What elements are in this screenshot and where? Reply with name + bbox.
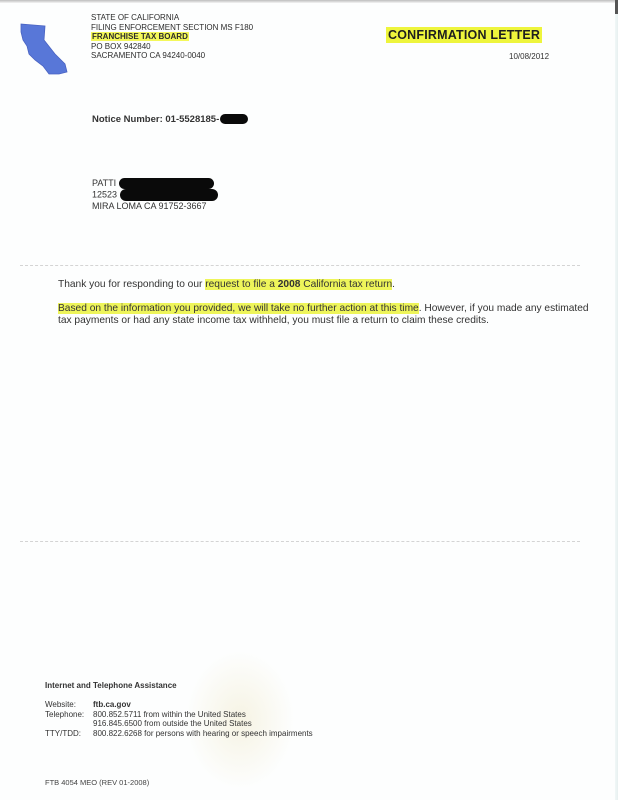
california-state-outline-icon bbox=[15, 18, 77, 80]
p2-highlight: Based on the information you provided, w… bbox=[58, 303, 419, 314]
form-number: FTB 4054 MEO (REV 01-2008) bbox=[45, 778, 149, 787]
p1-end: . bbox=[392, 279, 395, 290]
assistance-row-tty: TTY/TDD: 800.822.6268 for persons with h… bbox=[45, 729, 313, 739]
notice-number: Notice Number: 01-5528185- bbox=[92, 114, 248, 125]
row-value: 800.852.5711 from within the United Stat… bbox=[93, 710, 246, 720]
tax-year: 2008 bbox=[278, 279, 301, 290]
notice-value: 01-5528185- bbox=[165, 114, 219, 125]
paragraph-decision: Based on the information you provided, w… bbox=[58, 303, 598, 326]
recipient-address: PATTI 12523 MIRA LOMA CA 91752-3667 bbox=[92, 178, 218, 212]
row-label: Telephone: bbox=[45, 710, 93, 720]
agency-line-board: FRANCHISE TAX BOARD bbox=[91, 32, 189, 41]
agency-line-section: FILING ENFORCEMENT SECTION MS F180 bbox=[91, 23, 253, 33]
assistance-row-telephone-intl: 916.845.6500 from outside the United Sta… bbox=[45, 719, 313, 729]
redaction-mark bbox=[119, 178, 214, 189]
notice-label: Notice Number: bbox=[92, 114, 163, 125]
assistance-section: Internet and Telephone Assistance Websit… bbox=[45, 681, 313, 738]
paragraph-thanks: Thank you for responding to our request … bbox=[58, 279, 598, 291]
agency-line-city: SACRAMENTO CA 94240-0040 bbox=[91, 51, 253, 61]
recipient-name: PATTI bbox=[92, 178, 116, 188]
p1-highlight-a: request to file a bbox=[205, 279, 278, 290]
assistance-row-website: Website: ftb.ca.gov bbox=[45, 700, 313, 710]
agency-line-pobox: PO BOX 942840 bbox=[91, 42, 253, 52]
divider bbox=[20, 265, 580, 266]
redaction-mark bbox=[220, 114, 248, 124]
p1-text: Thank you for responding to our bbox=[58, 279, 205, 290]
redaction-mark bbox=[120, 189, 218, 201]
letter-date: 10/08/2012 bbox=[509, 52, 549, 61]
page-top-edge bbox=[0, 0, 618, 3]
divider bbox=[20, 541, 580, 542]
row-value: 800.822.6268 for persons with hearing or… bbox=[93, 729, 313, 739]
row-value: ftb.ca.gov bbox=[93, 700, 131, 709]
row-label bbox=[45, 719, 93, 729]
website-link[interactable]: ftb.ca.gov bbox=[93, 700, 131, 710]
row-label: TTY/TDD: bbox=[45, 729, 93, 739]
agency-address: STATE OF CALIFORNIA FILING ENFORCEMENT S… bbox=[91, 13, 253, 61]
recipient-street: 12523 bbox=[92, 190, 117, 200]
row-label: Website: bbox=[45, 700, 93, 710]
row-value: 916.845.6500 from outside the United Sta… bbox=[93, 719, 252, 729]
assistance-row-telephone: Telephone: 800.852.5711 from within the … bbox=[45, 710, 313, 720]
p1-highlight-b: California tax return bbox=[300, 279, 392, 290]
recipient-city: MIRA LOMA CA 91752-3667 bbox=[92, 201, 218, 212]
agency-line-state: STATE OF CALIFORNIA bbox=[91, 13, 253, 23]
assistance-title: Internet and Telephone Assistance bbox=[45, 681, 313, 690]
p1-highlight: request to file a 2008 California tax re… bbox=[205, 279, 392, 290]
letter-title: CONFIRMATION LETTER bbox=[386, 27, 542, 43]
